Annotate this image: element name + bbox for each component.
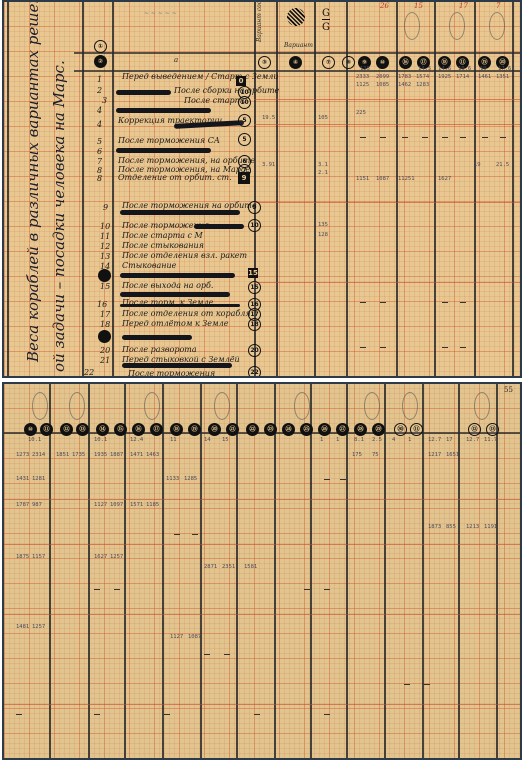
column-rule xyxy=(82,2,84,376)
row-number: 16 xyxy=(97,300,107,309)
sub-header-value: 15 xyxy=(222,437,229,443)
strikethrough xyxy=(116,148,211,153)
sub-header-value: 11.7 xyxy=(484,437,497,443)
capsule-sketch xyxy=(402,392,418,420)
ledger-sheet-upper: Веса кораблей в различных вариантах реше… xyxy=(2,0,522,378)
row-number: 21 xyxy=(100,356,110,365)
dash xyxy=(360,347,366,348)
strikethrough xyxy=(116,90,171,95)
data-cell: 2314 xyxy=(32,452,45,458)
data-cell: 1925 xyxy=(438,74,451,80)
capsule-sketch xyxy=(474,392,490,420)
row-number: 6 xyxy=(97,147,102,156)
circled-column-number: ⑪ xyxy=(40,423,53,436)
column-letter: а xyxy=(174,56,178,64)
dash xyxy=(380,347,386,348)
circled-column-number: ④ xyxy=(289,56,302,69)
circled-column-number: ⑯ xyxy=(399,56,412,69)
dash xyxy=(192,534,198,535)
circled-column-number: ㉑ xyxy=(226,423,239,436)
data-cell: 2.1 xyxy=(318,170,328,176)
data-cell: 3.91 xyxy=(262,162,275,168)
row-marker: 22 xyxy=(248,366,261,378)
document-title-line1: Веса кораблей в различных вариантах реше… xyxy=(24,0,42,362)
data-cell: 1257 xyxy=(110,554,123,560)
dash xyxy=(380,302,386,303)
dash xyxy=(460,347,466,348)
data-cell: 1133 xyxy=(166,476,179,482)
data-cell: 1127 xyxy=(170,634,183,640)
column-rule xyxy=(346,384,348,758)
page-number: 55 xyxy=(504,386,513,394)
data-cell: 3.1 xyxy=(318,162,328,168)
dash xyxy=(94,714,100,715)
row-number: 10 xyxy=(100,222,110,231)
data-cell: 1087 xyxy=(188,634,201,640)
data-cell: 1351 xyxy=(496,74,509,80)
strikethrough xyxy=(116,108,211,113)
circled-column-number: ㉘ xyxy=(354,423,367,436)
row-number: 1 xyxy=(97,75,102,84)
circled-column-number: ⑩ xyxy=(24,423,37,436)
dash xyxy=(460,137,466,138)
data-cell: 1574 xyxy=(416,74,429,80)
data-cell: 105 xyxy=(318,115,328,121)
circled-column-number: ㉕ xyxy=(300,423,313,436)
column-rule xyxy=(7,2,9,376)
sub-header-value: 17 xyxy=(446,437,453,443)
circled-column-number: ㉚ xyxy=(394,423,407,436)
data-cell: 225 xyxy=(356,110,366,116)
row-rule xyxy=(254,282,520,283)
row-label: После торможения СА xyxy=(118,136,220,145)
row-number: 20 xyxy=(100,346,110,355)
column-rule xyxy=(474,2,476,376)
capsule-sketch xyxy=(449,12,465,40)
data-cell: 1462 xyxy=(398,82,411,88)
column-rule xyxy=(200,384,202,758)
data-cell: 1783 xyxy=(398,74,411,80)
data-cell: 1281 xyxy=(32,476,45,482)
data-cell: 2351 xyxy=(222,564,235,570)
row-marker: 5 xyxy=(238,114,251,127)
row-number-circled xyxy=(98,330,111,343)
row-label: После торможения, на орбите xyxy=(118,156,255,165)
data-cell: 75 xyxy=(372,452,379,458)
data-cell: 1257 xyxy=(32,624,45,630)
data-cell: 1887 xyxy=(110,452,123,458)
circled-column-number: ⑧ xyxy=(342,56,355,69)
row-label: После торможения xyxy=(128,369,215,378)
data-cell: 19.5 xyxy=(262,115,275,121)
row-rule xyxy=(4,499,520,500)
row-number: 18 xyxy=(100,320,110,329)
data-cell: 1127 xyxy=(94,502,107,508)
row-number: 4 xyxy=(97,106,102,115)
row-number: 12 xyxy=(100,242,110,251)
data-cell: 1627 xyxy=(438,176,451,182)
dash xyxy=(402,137,408,138)
data-cell: 21.5 xyxy=(496,162,509,168)
sub-header-value: 10.1 xyxy=(28,437,41,443)
data-cell: 1431 xyxy=(16,476,29,482)
circled-column-number: ⑫ xyxy=(60,423,73,436)
data-cell: 1273 xyxy=(16,452,29,458)
row-marker: 20 xyxy=(248,344,261,357)
data-cell: 175 xyxy=(352,452,362,458)
data-cell: 1571 xyxy=(130,502,143,508)
red-annotation: 15 xyxy=(414,2,423,10)
row-number: 8 xyxy=(97,174,102,183)
column-rule xyxy=(124,384,126,758)
dash xyxy=(254,714,260,715)
dash xyxy=(360,137,366,138)
data-cell: 19 xyxy=(474,162,481,168)
row-number-circled xyxy=(98,269,111,282)
red-annotation: 7 xyxy=(496,2,500,10)
sub-header-value: 14 xyxy=(204,437,211,443)
row-label: После выхода на орб. xyxy=(122,281,213,290)
circled-column-number: ⑮ xyxy=(114,423,127,436)
column-rule xyxy=(112,2,114,376)
column-rule xyxy=(88,384,90,758)
data-cell: 1873 xyxy=(428,524,441,530)
capsule-sketch xyxy=(214,392,230,420)
row-rule xyxy=(254,202,520,203)
row-number: 15 xyxy=(100,282,110,291)
circled-column-number: ⑱ xyxy=(170,423,183,436)
column-header-variant: Вариант xyxy=(284,42,313,49)
data-cell: 135 xyxy=(318,222,328,228)
sub-header-value: 2.5 xyxy=(372,437,382,443)
column-rule xyxy=(274,384,276,758)
sub-header-value: 4 xyxy=(392,437,395,443)
dash xyxy=(224,654,230,655)
data-cell: 1097 xyxy=(110,502,123,508)
sub-header-value: 10.1 xyxy=(94,437,107,443)
strikethrough xyxy=(122,363,232,368)
dash xyxy=(500,137,506,138)
data-cell: 2099 xyxy=(376,74,389,80)
data-cell: 1714 xyxy=(456,74,469,80)
row-marker: 15 xyxy=(248,281,261,294)
row-label: Перед выведением / Старт с Земли xyxy=(122,72,278,81)
dash xyxy=(324,714,330,715)
column-rule xyxy=(276,2,278,376)
circled-column-number: ⑬ xyxy=(76,423,89,436)
dash xyxy=(442,347,448,348)
row-number: 2 xyxy=(97,86,102,95)
data-cell: 1125 xyxy=(356,82,369,88)
row-rule xyxy=(4,614,520,615)
dash xyxy=(424,684,430,685)
data-cell: 1471 xyxy=(130,452,143,458)
data-cell: 11251 xyxy=(398,176,415,182)
sub-header-value: 8.1 xyxy=(354,437,364,443)
capsule-sketch xyxy=(404,12,420,40)
row-marker: 0 xyxy=(236,76,246,86)
circled-column-number: ⑯ xyxy=(132,423,145,436)
row-label: После разворота xyxy=(122,345,197,354)
column-rule xyxy=(236,384,238,758)
circled-column-number: ⑪ xyxy=(410,423,423,436)
row-number: 17 xyxy=(100,310,110,319)
row-rule xyxy=(254,99,520,100)
data-cell: 1283 xyxy=(416,82,429,88)
column-rule xyxy=(49,384,51,758)
row-number: 4 xyxy=(97,120,102,129)
circled-column-number: ㉓ xyxy=(264,423,277,436)
data-cell: 1151 xyxy=(356,176,369,182)
data-cell: 2333 xyxy=(356,74,369,80)
data-cell: 1087 xyxy=(376,176,389,182)
row-label: После стыкования xyxy=(122,241,204,250)
data-cell: 1627 xyxy=(94,554,107,560)
dash xyxy=(442,302,448,303)
sub-header-value: 12.4 xyxy=(130,437,143,443)
circled-column-number: ㉒ xyxy=(246,423,259,436)
dash xyxy=(204,654,210,655)
header-note: ~ ~ ~ ~ ~ xyxy=(144,10,177,17)
strikethrough xyxy=(120,292,230,297)
circled-column-number: ㉖ xyxy=(318,423,331,436)
sub-header-value: 12.7 xyxy=(466,437,479,443)
strikethrough xyxy=(120,273,235,278)
data-cell: 1461 xyxy=(478,74,491,80)
dash xyxy=(482,137,488,138)
circled-column-number: ⑩ xyxy=(376,56,389,69)
sub-header-value: 1 xyxy=(336,437,339,443)
circled-column-number: ⑰ xyxy=(150,423,163,436)
dash xyxy=(16,714,22,715)
fraction-denominator: G xyxy=(322,22,330,33)
column-rule xyxy=(458,384,460,758)
capsule-sketch xyxy=(294,392,310,420)
dash xyxy=(174,534,180,535)
row-number: 3 xyxy=(102,96,107,105)
sub-header-value: 1 xyxy=(408,437,411,443)
row-label: Стыкование xyxy=(122,261,176,270)
header-rule xyxy=(74,52,520,54)
dash xyxy=(422,137,428,138)
data-cell: 17.6 xyxy=(498,66,511,72)
capsule-sketch xyxy=(32,392,48,420)
row-marker: 10 xyxy=(238,96,251,109)
bottom-number: 22 xyxy=(84,368,94,377)
row-number: 13 xyxy=(100,252,110,261)
row-marker: 9 xyxy=(248,201,261,214)
capsule-sketch xyxy=(69,392,85,420)
column-header-variant-ratio: Вариант соотношен. xyxy=(256,0,263,42)
data-cell: 1651 xyxy=(446,452,459,458)
data-cell: 14.5 xyxy=(418,66,431,72)
column-marker-1: ① xyxy=(94,40,107,53)
column-rule xyxy=(314,2,316,376)
data-cell: 1935 xyxy=(94,452,107,458)
row-number: 7 xyxy=(97,157,102,166)
data-cell: 1085 xyxy=(376,82,389,88)
strikethrough xyxy=(122,335,192,340)
data-cell: 1185 xyxy=(146,502,159,508)
dash xyxy=(114,589,120,590)
scribble-mark xyxy=(287,8,305,26)
data-cell: 1581 xyxy=(244,564,257,570)
strikethrough xyxy=(120,304,240,307)
row-label: После отделения от корабля xyxy=(122,309,251,318)
capsule-sketch xyxy=(144,392,160,420)
data-cell: 1191 xyxy=(484,524,497,530)
dash xyxy=(94,589,100,590)
sub-header-value: 1 xyxy=(320,437,323,443)
dash xyxy=(442,137,448,138)
data-cell: 1463 xyxy=(146,452,159,458)
data-cell: 1285 xyxy=(184,476,197,482)
circled-column-number: ⑳ xyxy=(208,423,221,436)
row-label: После сборки на орбите xyxy=(174,86,279,95)
data-cell: 855 xyxy=(446,524,456,530)
data-cell: 1787 xyxy=(16,502,29,508)
column-rule xyxy=(162,384,164,758)
circled-column-number: ⑲ xyxy=(188,423,201,436)
dash xyxy=(360,302,366,303)
column-rule xyxy=(384,384,386,758)
circled-column-number: ⑭ xyxy=(96,423,109,436)
fraction-numerator: G xyxy=(322,8,330,20)
dash xyxy=(460,302,466,303)
column-marker-2: ② xyxy=(94,55,107,68)
row-label: После торможения на орбите xyxy=(122,201,257,210)
column-rule xyxy=(512,2,514,376)
data-cell: 1875 xyxy=(16,554,29,560)
column-rule xyxy=(310,384,312,758)
red-annotation: 17 xyxy=(459,2,468,10)
row-rule xyxy=(4,544,520,545)
circled-column-number: ③ xyxy=(258,56,271,69)
sub-header-value: 12.7 xyxy=(428,437,441,443)
ledger-sheet-lower: 55 ⑩ ⑪ ⑫ ⑬ ⑭ ⑮ ⑯ ⑰ ⑱ ⑲ ⑳ ㉑ ㉒ ㉓ ㉔ ㉕ ㉖ xyxy=(2,382,522,760)
data-cell: 1217 xyxy=(428,452,441,458)
row-label: Перед отлётом к Земле xyxy=(122,319,229,328)
row-marker: 15 xyxy=(248,268,258,278)
capsule-sketch xyxy=(489,12,505,40)
row-label: После старта с М xyxy=(122,231,203,240)
column-rule xyxy=(434,2,436,376)
sub-header-value: 11 xyxy=(170,437,177,443)
dash xyxy=(404,684,410,685)
dash xyxy=(304,589,310,590)
circled-column-number: ㉙ xyxy=(372,423,385,436)
dash xyxy=(324,589,330,590)
row-label: После отделения взл. ракет xyxy=(122,251,247,260)
circled-column-number: ㉗ xyxy=(336,423,349,436)
column-rule xyxy=(396,2,398,376)
strikethrough xyxy=(120,210,240,215)
row-number: 11 xyxy=(100,232,110,241)
data-cell: 2871 xyxy=(204,564,217,570)
dash xyxy=(164,714,170,715)
data-cell: 1481 xyxy=(16,624,29,630)
circled-column-number: ㉔ xyxy=(282,423,295,436)
data-cell: 125 xyxy=(360,66,370,72)
row-marker: 18 xyxy=(248,318,261,331)
dash xyxy=(324,479,330,480)
dash xyxy=(380,137,386,138)
data-cell: 128 xyxy=(318,232,328,238)
row-label: Отделение от орбит. ст. xyxy=(118,173,232,182)
row-marker: 9 xyxy=(238,172,250,184)
document-title-line2: ой задачи – посадки человека на Марс. xyxy=(50,60,68,372)
row-rule xyxy=(4,704,520,705)
dash xyxy=(340,479,346,480)
strikethrough xyxy=(194,224,244,229)
column-rule xyxy=(422,384,424,758)
row-rule xyxy=(254,124,520,125)
row-marker: 10 xyxy=(248,219,261,232)
data-cell: 1157 xyxy=(32,554,45,560)
data-cell: 14.6 xyxy=(438,66,451,72)
data-cell: 987 xyxy=(32,502,42,508)
circled-column-number: ⑫ xyxy=(468,423,481,436)
red-annotation: 26 xyxy=(380,2,389,10)
data-cell: 1213 xyxy=(466,524,479,530)
row-number: 5 xyxy=(97,137,102,146)
row-marker: 5 xyxy=(238,133,251,146)
capsule-sketch xyxy=(364,392,380,420)
row-number: 9 xyxy=(103,203,108,212)
data-cell: 1851 xyxy=(56,452,69,458)
circled-column-number: ⑬ xyxy=(486,423,499,436)
data-cell: 10.6 xyxy=(458,66,471,72)
data-cell: 19 xyxy=(480,66,487,72)
circled-column-number: ⑦ xyxy=(322,56,335,69)
data-cell: 1735 xyxy=(72,452,85,458)
